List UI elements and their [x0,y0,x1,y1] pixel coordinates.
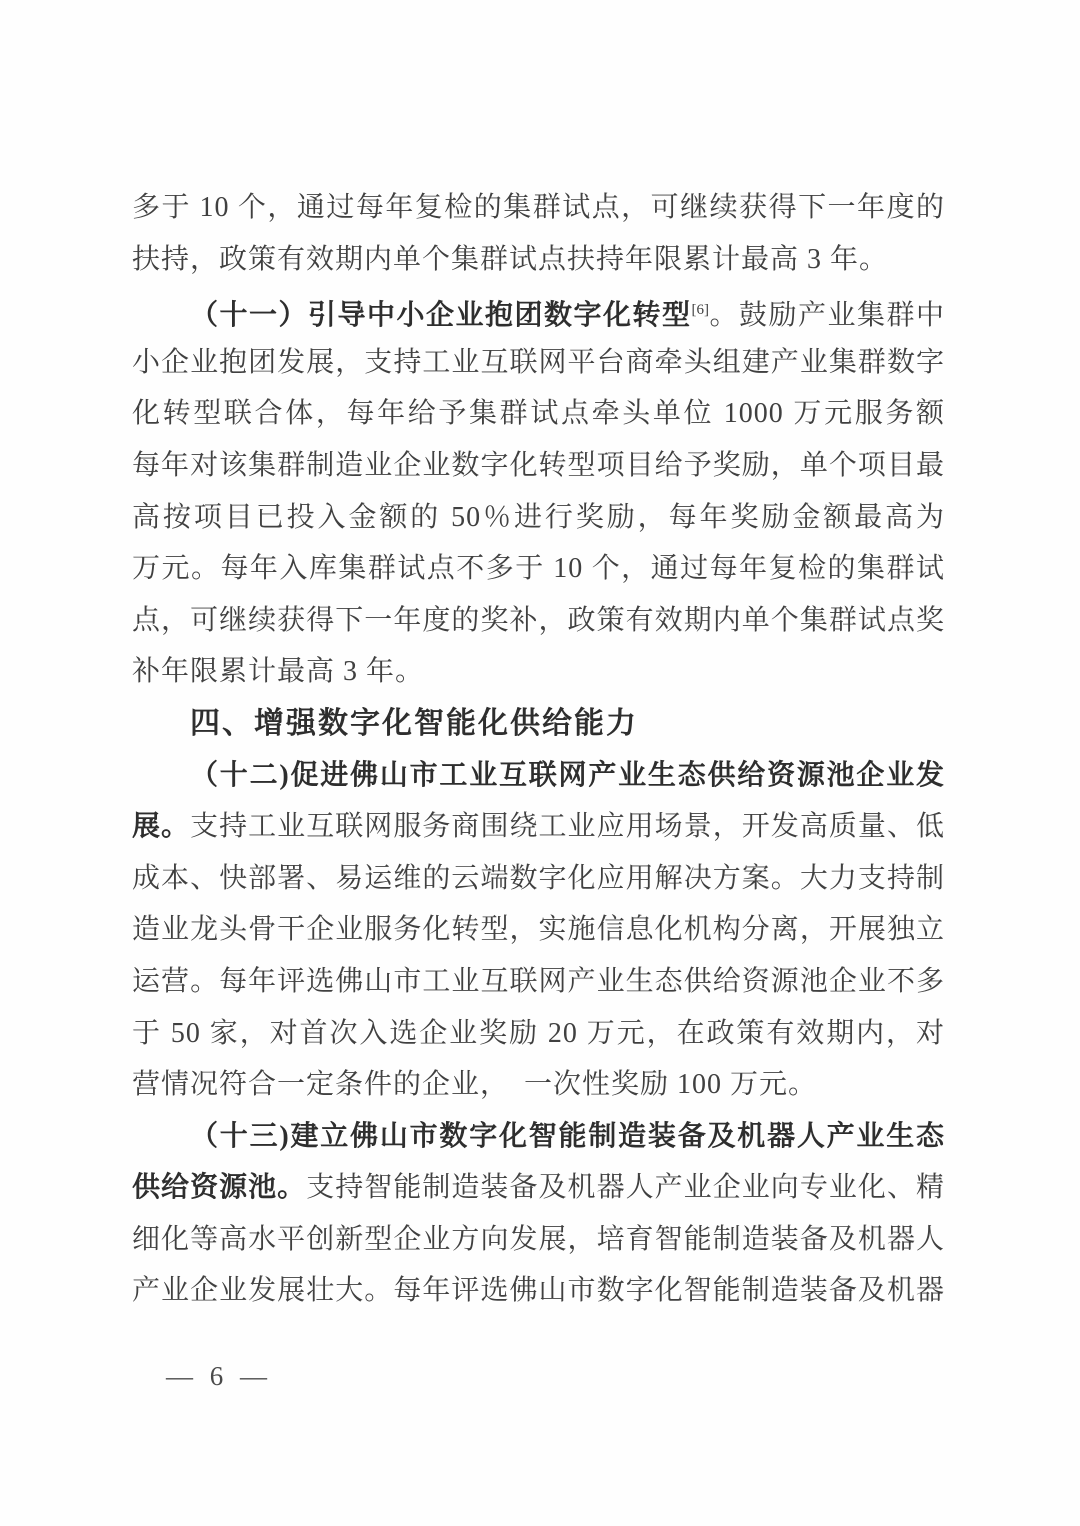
text-segment: 万元。每年入库集群试点不多于 10 个，通过每年复检的集群试 [132,553,945,584]
text-segment: 扶持，政策有效期内单个集群试点扶持年限累计最高 3 年。 [132,244,888,275]
text-line: 产业企业发展壮大。每年评选佛山市数字化智能制造装备及机器 [132,1265,945,1317]
text-line: 供给资源池。支持智能制造装备及机器人产业企业向专业化、精 [132,1162,945,1214]
text-line: 运营。每年评选佛山市工业互联网产业生态供给资源池企业不多 [132,956,945,1008]
page-number: — 6 — [166,1356,272,1396]
text-segment: 点，可继续获得下一年度的奖补，政策有效期内单个集群试点奖 [132,605,945,636]
text-segment: 补年限累计最高 3 年。 [132,656,424,687]
text-segment: 每年对该集群制造业企业数字化转型项目给予奖励，单个项目最 [132,450,945,481]
footnote-ref: [6] [691,302,709,318]
text-line: 展。支持工业互联网服务商围绕工业应用场景，开发高质量、低 [132,801,945,853]
text-line: （十一）引导中小企业抱团数字化转型[6]。鼓励产业集群中 [132,285,945,337]
text-segment: 细化等高水平创新型企业方向发展，培育智能制造装备及机器人 [132,1224,945,1255]
clause-title-segment: （十三)建立佛山市数字化智能制造装备及机器人产业生态 [190,1121,945,1152]
text-segment: 支持工业互联网服务商围绕工业应用场景，开发高质量、低 [190,811,945,842]
text-segment: 运营。每年评选佛山市工业互联网产业生态供给资源池企业不多 [132,966,945,997]
text-line: 多于 10 个，通过每年复检的集群试点，可继续获得下一年度的 [132,182,945,234]
text-line: 化转型联合体，每年给予集群试点牵头单位 1000 万元服务额度， [132,388,945,440]
text-segment: 产业企业发展壮大。每年评选佛山市数字化智能制造装备及机器 [132,1275,945,1306]
text-segment: 造业龙头骨干企业服务化转型，实施信息化机构分离，开展独立 [132,914,945,945]
clause-title-segment: （十二)促进佛山市工业互联网产业生态供给资源池企业发 [190,760,945,791]
text-segment: 。鼓励产业集群中 [709,300,945,331]
text-segment: 高按项目已投入金额的 50％进行奖励，每年奖励金额最高为 300 [132,502,945,544]
clause-title-segment: （十一）引导中小企业抱团数字化转型 [190,300,691,331]
text-line: 补年限累计最高 3 年。 [132,646,945,698]
text-line: 造业龙头骨干企业服务化转型，实施信息化机构分离，开展独立 [132,904,945,956]
text-line: 扶持，政策有效期内单个集群试点扶持年限累计最高 3 年。 [132,234,945,286]
text-line: 每年对该集群制造业企业数字化转型项目给予奖励，单个项目最 [132,440,945,492]
section-heading: 四、增强数字化智能化供给能力 [132,698,945,750]
text-line: （十二)促进佛山市工业互联网产业生态供给资源池企业发 [132,750,945,802]
text-line: 小企业抱团发展，支持工业互联网平台商牵头组建产业集群数字 [132,337,945,389]
text-line: 成本、快部署、易运维的云端数字化应用解决方案。大力支持制 [132,853,945,905]
clause-title-segment: 展。 [132,811,190,842]
text-segment: 化转型联合体，每年给予集群试点牵头单位 1000 万元服务额度， [132,398,945,440]
text-line: （十三)建立佛山市数字化智能制造装备及机器人产业生态 [132,1111,945,1163]
clause-title-segment: 四、增强数字化智能化供给能力 [190,707,638,740]
text-segment: 小企业抱团发展，支持工业互联网平台商牵头组建产业集群数字 [132,347,945,378]
text-line: 点，可继续获得下一年度的奖补，政策有效期内单个集群试点奖 [132,595,945,647]
document-body: 多于 10 个，通过每年复检的集群试点，可继续获得下一年度的扶持，政策有效期内单… [132,182,945,1317]
text-line: 万元。每年入库集群试点不多于 10 个，通过每年复检的集群试 [132,543,945,595]
text-segment: 成本、快部署、易运维的云端数字化应用解决方案。大力支持制 [132,863,945,894]
clause-title-segment: 供给资源池。 [132,1172,306,1203]
document-page: 多于 10 个，通过每年复检的集群试点，可继续获得下一年度的扶持，政策有效期内单… [0,0,1080,1526]
text-segment: 支持智能制造装备及机器人产业企业向专业化、精 [306,1172,945,1203]
text-line: 细化等高水平创新型企业方向发展，培育智能制造装备及机器人 [132,1214,945,1266]
text-line: 高按项目已投入金额的 50％进行奖励，每年奖励金额最高为 300 [132,492,945,544]
text-segment: 于 50 家，对首次入选企业奖励 20 万元，在政策有效期内，对经 [132,1018,945,1060]
text-line: 于 50 家，对首次入选企业奖励 20 万元，在政策有效期内，对经 [132,1008,945,1060]
text-segment: 多于 10 个，通过每年复检的集群试点，可继续获得下一年度的 [132,192,945,223]
text-line: 营情况符合一定条件的企业， 一次性奖励 100 万元。 [132,1059,945,1111]
text-segment: 营情况符合一定条件的企业， 一次性奖励 100 万元。 [132,1069,817,1100]
